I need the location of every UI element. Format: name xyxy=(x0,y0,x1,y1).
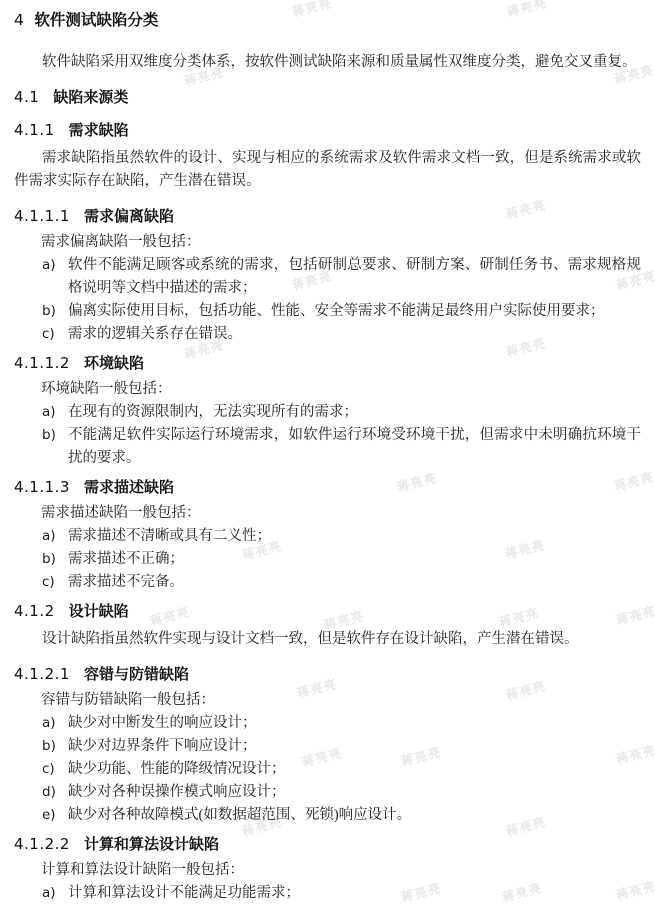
heading-4-1-1-1: 4.1.1.1需求偏离缺陷 xyxy=(14,207,641,226)
heading-4-1-2-1: 4.1.2.1容错与防错缺陷 xyxy=(14,665,641,684)
heading-4-1-2: 4.1.2设计缺陷 xyxy=(14,602,641,621)
heading-number: 4.1.1.1 xyxy=(14,207,70,225)
document-body: 4软件测试缺陷分类软件缺陷采用双维度分类体系，按软件测试缺陷来源和质量属性双维度… xyxy=(0,0,655,905)
list-intro: 需求描述缺陷一般包括： xyxy=(14,502,641,525)
defect-list: 需求偏离缺陷一般包括：a)软件不能满足顾客或系统的需求，包括研制总要求、研制方案… xyxy=(14,231,641,346)
item-text: 缺少对中断发生的响应设计； xyxy=(68,715,257,731)
heading-number: 4.1.1.2 xyxy=(14,354,70,372)
heading-number: 4.1.2.2 xyxy=(14,835,70,853)
list-item: a)计算和算法设计不能满足功能需求； xyxy=(14,882,641,905)
heading-number: 4.1.2 xyxy=(14,602,55,620)
item-label: a) xyxy=(42,882,56,905)
item-text: 不能满足软件实际运行环境需求，如软件运行环境受环境干扰，但需求中未明确抗环境干扰… xyxy=(68,427,641,466)
heading-title: 计算和算法设计缺陷 xyxy=(84,835,219,853)
list-item: c)缺少功能、性能的降级情况设计； xyxy=(14,758,641,781)
heading-number: 4.1 xyxy=(14,88,39,106)
item-text: 软件不能满足顾客或系统的需求，包括研制总要求、研制方案、研制任务书、需求规格规格… xyxy=(68,257,641,296)
item-text: 缺少对边界条件下响应设计； xyxy=(68,738,257,754)
heading-title: 缺陷来源类 xyxy=(53,88,128,106)
heading-title: 软件测试缺陷分类 xyxy=(34,11,158,29)
item-text: 需求描述不清晰或具有二义性； xyxy=(68,528,271,544)
list-intro: 需求偏离缺陷一般包括： xyxy=(14,231,641,254)
list-item: a)缺少对中断发生的响应设计； xyxy=(14,712,641,735)
paragraph: 设计缺陷指虽然软件实现与设计文档一致，但是软件存在设计缺陷，产生潜在错误。 xyxy=(14,628,641,651)
paragraph: 软件缺陷采用双维度分类体系，按软件测试缺陷来源和质量属性双维度分类，避免交叉重复… xyxy=(14,51,641,74)
list-item: c)需求的逻辑关系存在错误。 xyxy=(14,323,641,346)
heading-title: 需求缺陷 xyxy=(69,121,129,139)
item-label: e) xyxy=(42,804,56,827)
paragraph: 需求缺陷指虽然软件的设计、实现与相应的系统需求及软件需求文档一致，但是系统需求或… xyxy=(14,147,641,193)
item-label: a) xyxy=(42,525,56,548)
heading-4-1-1: 4.1.1需求缺陷 xyxy=(14,121,641,140)
item-label: b) xyxy=(42,735,56,758)
item-label: c) xyxy=(42,323,55,346)
list-intro: 计算和算法设计缺陷一般包括： xyxy=(14,859,641,882)
item-text: 需求描述不完备。 xyxy=(68,574,184,590)
list-item: d)缺少对各种误操作模式响应设计； xyxy=(14,781,641,804)
list-item: a)软件不能满足顾客或系统的需求，包括研制总要求、研制方案、研制任务书、需求规格… xyxy=(14,254,641,300)
item-text: 缺少对各种故障模式(如数据超范围、死锁)响应设计。 xyxy=(68,807,411,823)
item-label: c) xyxy=(42,571,55,594)
list-intro: 环境缺陷一般包括： xyxy=(14,378,641,401)
item-text: 偏离实际使用目标，包括功能、性能、安全等需求不能满足最终用户实际使用要求； xyxy=(68,303,605,319)
item-label: c) xyxy=(42,758,55,781)
list-item: b)需求描述不正确； xyxy=(14,548,641,571)
item-label: a) xyxy=(42,712,56,735)
heading-4-1: 4.1缺陷来源类 xyxy=(14,88,641,107)
heading-4-1-2-2: 4.1.2.2计算和算法设计缺陷 xyxy=(14,835,641,854)
defect-list: 需求描述缺陷一般包括：a)需求描述不清晰或具有二义性；b)需求描述不正确；c)需… xyxy=(14,502,641,594)
heading-title: 设计缺陷 xyxy=(69,602,129,620)
list-item: e)缺少对各种故障模式(如数据超范围、死锁)响应设计。 xyxy=(14,804,641,827)
list-item: a)在现有的资源限制内，无法实现所有的需求； xyxy=(14,401,641,424)
list-item: b)偏离实际使用目标，包括功能、性能、安全等需求不能满足最终用户实际使用要求； xyxy=(14,300,641,323)
document-page: 蒋亮亮蒋亮亮蒋亮亮蒋亮亮蒋亮亮蒋亮亮蒋亮亮蒋亮亮蒋亮亮蒋亮亮蒋亮亮蒋亮亮蒋亮亮蒋… xyxy=(0,0,655,907)
item-label: d) xyxy=(42,781,56,804)
list-item: c)需求描述不完备。 xyxy=(14,571,641,594)
heading-title: 需求偏离缺陷 xyxy=(84,207,174,225)
list-item: b)缺少对边界条件下响应设计； xyxy=(14,735,641,758)
heading-4-1-1-3: 4.1.1.3需求描述缺陷 xyxy=(14,478,641,497)
defect-list: 容错与防错缺陷一般包括：a)缺少对中断发生的响应设计；b)缺少对边界条件下响应设… xyxy=(14,689,641,827)
item-label: b) xyxy=(42,300,56,323)
item-text: 需求描述不正确； xyxy=(68,551,184,567)
defect-list: 环境缺陷一般包括：a)在现有的资源限制内，无法实现所有的需求；b)不能满足软件实… xyxy=(14,378,641,470)
heading-number: 4 xyxy=(14,11,24,29)
item-label: a) xyxy=(42,254,56,277)
heading-number: 4.1.1.3 xyxy=(14,478,70,496)
heading-title: 需求描述缺陷 xyxy=(84,478,174,496)
item-text: 在现有的资源限制内，无法实现所有的需求； xyxy=(68,404,358,420)
heading-number: 4.1.2.1 xyxy=(14,665,70,683)
item-text: 缺少功能、性能的降级情况设计； xyxy=(68,761,286,777)
list-intro: 容错与防错缺陷一般包括： xyxy=(14,689,641,712)
heading-title: 环境缺陷 xyxy=(84,354,144,372)
heading-title: 容错与防错缺陷 xyxy=(84,665,189,683)
heading-number: 4.1.1 xyxy=(14,121,55,139)
item-text: 计算和算法设计不能满足功能需求； xyxy=(68,885,300,901)
heading-4: 4软件测试缺陷分类 xyxy=(14,11,641,30)
defect-list: 计算和算法设计缺陷一般包括：a)计算和算法设计不能满足功能需求； xyxy=(14,859,641,905)
list-item: b)不能满足软件实际运行环境需求，如软件运行环境受环境干扰，但需求中未明确抗环境… xyxy=(14,424,641,470)
item-label: b) xyxy=(42,424,56,447)
item-label: a) xyxy=(42,401,56,424)
heading-4-1-1-2: 4.1.1.2环境缺陷 xyxy=(14,354,641,373)
item-text: 需求的逻辑关系存在错误。 xyxy=(68,326,242,342)
item-text: 缺少对各种误操作模式响应设计； xyxy=(68,784,286,800)
list-item: a)需求描述不清晰或具有二义性； xyxy=(14,525,641,548)
item-label: b) xyxy=(42,548,56,571)
